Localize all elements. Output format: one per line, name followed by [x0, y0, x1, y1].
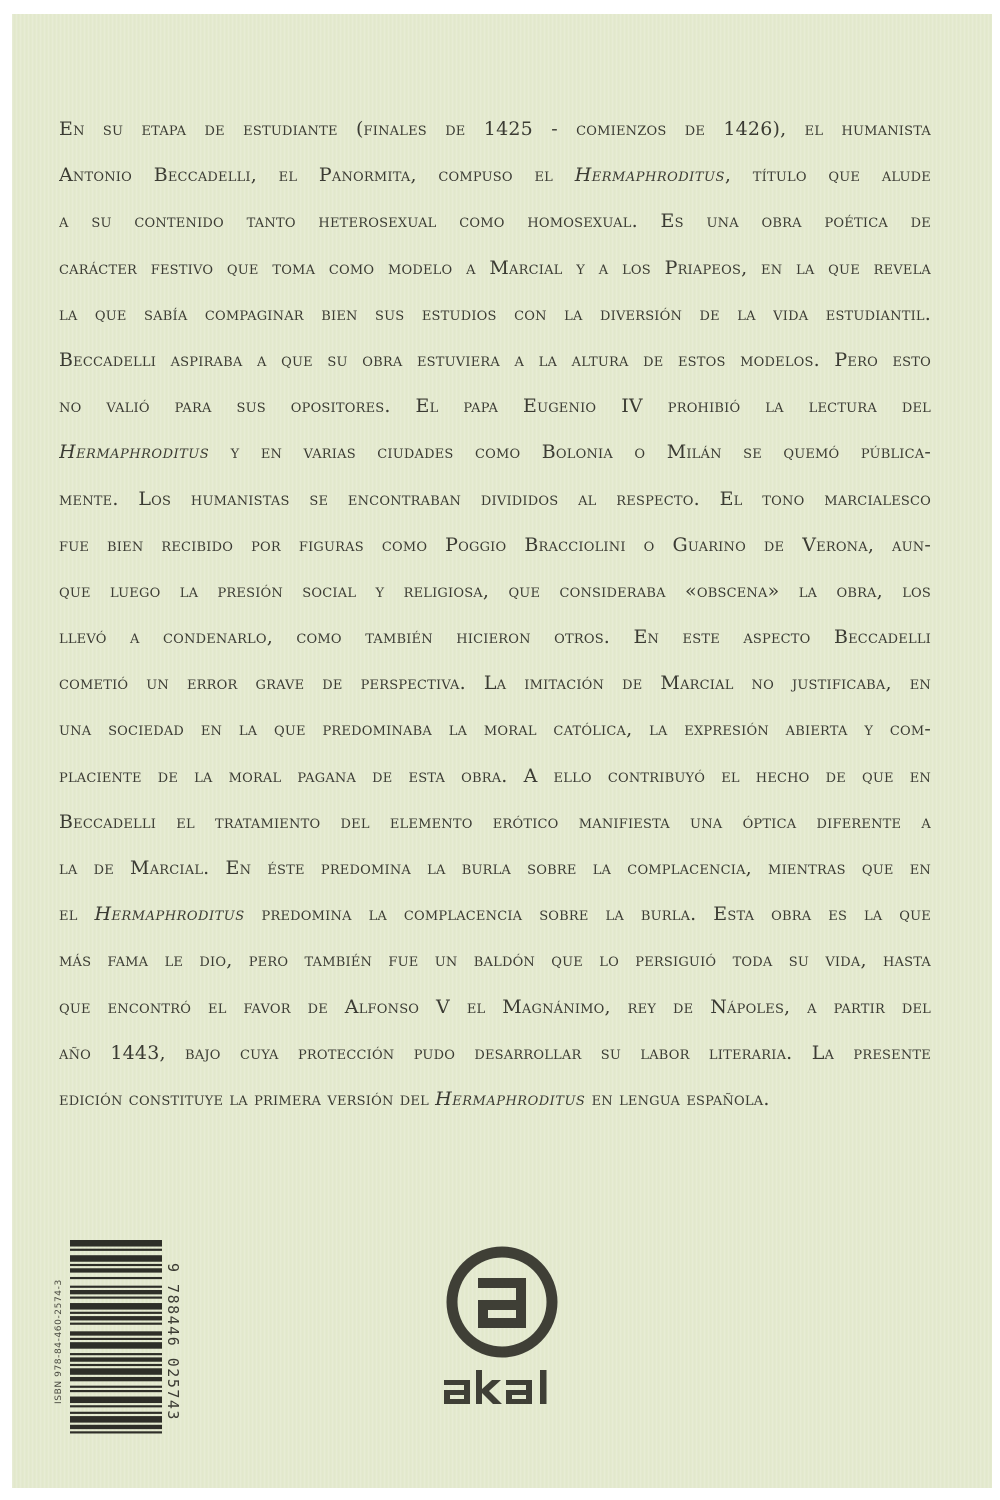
- blurb-text-segment: más fama le dio, pero también fue un bal…: [59, 949, 931, 971]
- blurb-text-segment: que encontró el favor de Alfonso V el Ma…: [59, 996, 931, 1018]
- book-title-italic: Hermaphroditus: [575, 164, 725, 186]
- blurb-text-segment: fue bien recibido por figuras como Poggi…: [59, 534, 931, 556]
- blurb-text-segment: Beccadelli el tratamiento del elemento e…: [59, 811, 931, 833]
- blurb-line: En su etapa de estudiante (finales de 14…: [59, 106, 931, 152]
- blurb-text-segment: la que sabía compaginar bien sus estudio…: [59, 303, 931, 325]
- akal-wordmark: [444, 1370, 547, 1404]
- blurb-line: una sociedad en la que predominaba la mo…: [59, 706, 931, 752]
- blurb-line: edición constituye la primera versión de…: [59, 1076, 931, 1122]
- blurb-text-segment: la de Marcial. En éste predomina la burl…: [59, 857, 931, 879]
- blurb-line: cometió un error grave de perspectiva. L…: [59, 660, 931, 706]
- blurb-text-segment: y en varias ciudades como Bolonia o Milá…: [209, 441, 931, 463]
- blurb-text-segment: mente. Los humanistas se encontraban div…: [59, 488, 931, 510]
- blurb-line: a su contenido tanto heterosexual como h…: [59, 198, 931, 244]
- blurb-text-segment: En su etapa de estudiante (finales de 14…: [59, 118, 931, 140]
- barcode-bars: [70, 1240, 162, 1440]
- blurb-text-segment: Antonio Beccadelli, el Panormita, compus…: [59, 164, 575, 186]
- blurb-line: Beccadelli el tratamiento del elemento e…: [59, 799, 931, 845]
- blurb-line: no valió para sus opositores. El papa Eu…: [59, 383, 931, 429]
- blurb-text-segment: Beccadelli aspiraba a que su obra estuvi…: [59, 349, 931, 371]
- barcode-digits: 9 788446 025743: [164, 1236, 182, 1448]
- book-title-italic: Hermaphroditus: [435, 1088, 585, 1110]
- book-title-italic: Hermaphroditus: [59, 441, 209, 463]
- blurb-line: mente. Los humanistas se encontraban div…: [59, 476, 931, 522]
- blurb-line: que luego la presión social y religiosa,…: [59, 568, 931, 614]
- blurb-line: Beccadelli aspiraba a que su obra estuvi…: [59, 337, 931, 383]
- blurb-text: En su etapa de estudiante (finales de 14…: [59, 106, 931, 1122]
- book-back-cover: En su etapa de estudiante (finales de 14…: [12, 14, 992, 1488]
- blurb-text-segment: año 1443, bajo cuya protección pudo desa…: [59, 1042, 931, 1064]
- isbn-barcode: ISBN 978-84-460-2574-3 9 788446 025743: [62, 1236, 184, 1448]
- blurb-line: el Hermaphroditus predomina la complacen…: [59, 891, 931, 937]
- blurb-text-segment: carácter festivo que toma como modelo a …: [59, 257, 931, 279]
- blurb-line: la de Marcial. En éste predomina la burl…: [59, 845, 931, 891]
- blurb-line: que encontró el favor de Alfonso V el Ma…: [59, 984, 931, 1030]
- blurb-text-segment: placiente de la moral pagana de esta obr…: [59, 765, 931, 787]
- isbn-label: ISBN 978-84-460-2574-3: [54, 1236, 66, 1448]
- blurb-line: año 1443, bajo cuya protección pudo desa…: [59, 1030, 931, 1076]
- book-title-italic: Hermaphroditus: [94, 903, 244, 925]
- blurb-line: más fama le dio, pero también fue un bal…: [59, 937, 931, 983]
- blurb-text-segment: edición constituye la primera versión de…: [59, 1088, 435, 1110]
- blurb-line: llevó a condenarlo, como también hiciero…: [59, 614, 931, 660]
- blurb-line: placiente de la moral pagana de esta obr…: [59, 753, 931, 799]
- blurb-line: Antonio Beccadelli, el Panormita, compus…: [59, 152, 931, 198]
- blurb-text-segment: en lengua española.: [585, 1088, 769, 1110]
- blurb-text-segment: llevó a condenarlo, como también hiciero…: [59, 626, 931, 648]
- blurb-text-segment: el: [59, 903, 94, 925]
- blurb-text-segment: una sociedad en la que predominaba la mo…: [59, 718, 931, 740]
- blurb-line: carácter festivo que toma como modelo a …: [59, 245, 931, 291]
- blurb-text-segment: no valió para sus opositores. El papa Eu…: [59, 395, 931, 417]
- blurb-line: la que sabía compaginar bien sus estudio…: [59, 291, 931, 337]
- blurb-line: Hermaphroditus y en varias ciudades como…: [59, 429, 931, 475]
- blurb-text-segment: predomina la complacencia sobre la burla…: [245, 903, 931, 925]
- blurb-text-segment: cometió un error grave de perspectiva. L…: [59, 672, 931, 694]
- blurb-text-segment: , título que alude: [725, 164, 931, 186]
- blurb-text-segment: a su contenido tanto heterosexual como h…: [59, 210, 931, 232]
- logo-circle-icon: [452, 1252, 552, 1352]
- akal-publisher-logo: [432, 1242, 572, 1412]
- blurb-line: fue bien recibido por figuras como Poggi…: [59, 522, 931, 568]
- blurb-text-segment: que luego la presión social y religiosa,…: [59, 580, 931, 602]
